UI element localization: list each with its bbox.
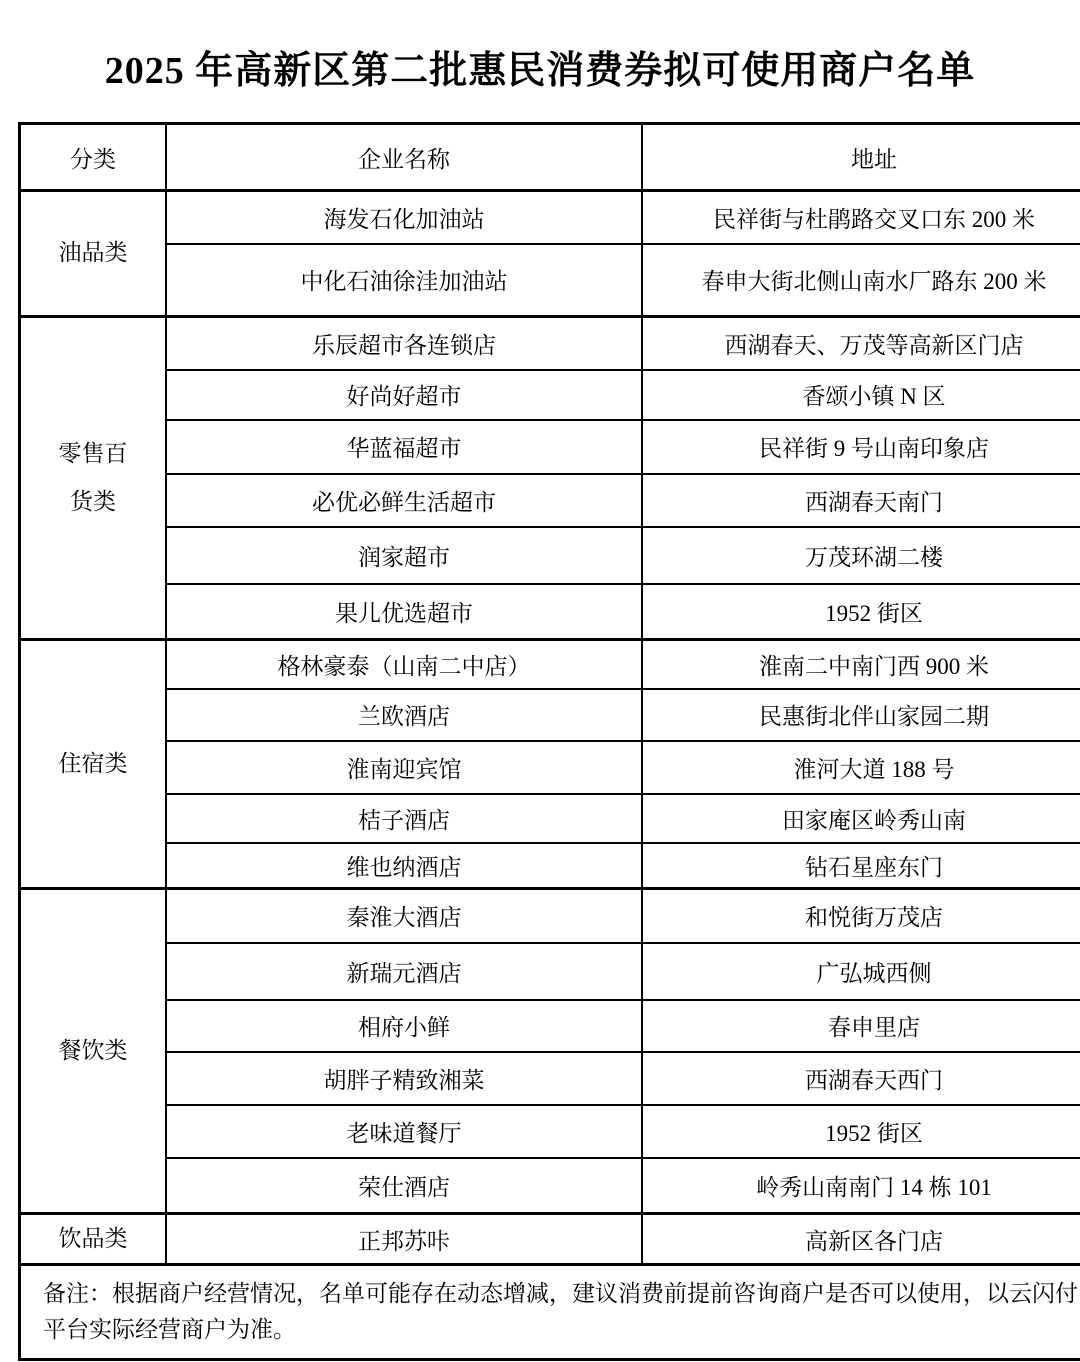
address-cell: 西湖春天西门	[642, 1052, 1080, 1105]
note-text: 备注：根据商户经营情况，名单可能存在动态增减，建议消费前提前咨询商户是否可以使用…	[20, 1265, 1080, 1359]
merchant-name-cell: 相府小鲜	[166, 1000, 642, 1052]
table-row: 必优必鲜生活超市 西湖春天南门	[20, 474, 1080, 527]
category-label: 油品类	[59, 229, 128, 277]
header-category: 分类	[20, 124, 167, 191]
category-label: 饮品类	[59, 1215, 128, 1263]
table-row: 零售百货类 乐辰超市各连锁店 西湖春天、万茂等高新区门店	[20, 317, 1080, 370]
merchant-name-cell: 润家超市	[166, 527, 642, 584]
merchant-name-cell: 胡胖子精致湘菜	[166, 1052, 642, 1105]
table-row: 兰欧酒店 民惠街北伴山家园二期	[20, 689, 1080, 741]
address-cell: 高新区各门店	[642, 1214, 1080, 1265]
merchant-name-cell: 淮南迎宾馆	[166, 741, 642, 794]
table-row: 中化石油徐洼加油站 春申大街北侧山南水厂路东 200 米	[20, 244, 1080, 317]
table-row: 老味道餐厅 1952 街区	[20, 1105, 1080, 1158]
table-row: 住宿类 格林豪泰（山南二中店） 淮南二中南门西 900 米	[20, 640, 1080, 689]
address-cell: 1952 街区	[642, 1105, 1080, 1158]
table-row: 维也纳酒店 钻石星座东门	[20, 843, 1080, 889]
table-row: 润家超市 万茂环湖二楼	[20, 527, 1080, 584]
table-row: 好尚好超市 香颂小镇 N 区	[20, 370, 1080, 420]
address-cell: 1952 街区	[642, 584, 1080, 640]
merchant-name-cell: 兰欧酒店	[166, 689, 642, 741]
merchant-name-cell: 正邦苏咔	[166, 1214, 642, 1265]
page-title: 2025 年高新区第二批惠民消费券拟可使用商户名单	[0, 39, 1080, 94]
address-cell: 民惠街北伴山家园二期	[642, 689, 1080, 741]
address-cell: 淮南二中南门西 900 米	[642, 640, 1080, 689]
merchant-name-cell: 桔子酒店	[166, 794, 642, 843]
table-row: 果儿优选超市 1952 街区	[20, 584, 1080, 640]
address-cell: 春申里店	[642, 1000, 1080, 1052]
address-cell: 广弘城西侧	[642, 943, 1080, 1000]
category-cell: 住宿类	[20, 640, 167, 889]
address-cell: 万茂环湖二楼	[642, 527, 1080, 584]
category-cell: 零售百货类	[20, 317, 167, 640]
table-row: 胡胖子精致湘菜 西湖春天西门	[20, 1052, 1080, 1105]
merchant-name-cell: 中化石油徐洼加油站	[166, 244, 642, 317]
category-label: 餐饮类	[59, 1027, 128, 1075]
header-address: 地址	[642, 124, 1080, 191]
address-cell: 民祥街 9 号山南印象店	[642, 420, 1080, 474]
address-cell: 香颂小镇 N 区	[642, 370, 1080, 420]
table-row: 油品类 海发石化加油站 民祥街与杜鹃路交叉口东 200 米	[20, 191, 1080, 244]
category-cell: 餐饮类	[20, 889, 167, 1214]
merchant-name-cell: 乐辰超市各连锁店	[166, 317, 642, 370]
merchant-name-cell: 海发石化加油站	[166, 191, 642, 244]
table-row: 荣仕酒店 岭秀山南南门 14 栋 101	[20, 1158, 1080, 1214]
category-cell: 油品类	[20, 191, 167, 317]
table-row: 新瑞元酒店 广弘城西侧	[20, 943, 1080, 1000]
note-row: 备注：根据商户经营情况，名单可能存在动态增减，建议消费前提前咨询商户是否可以使用…	[20, 1265, 1080, 1359]
table-row: 华蓝福超市 民祥街 9 号山南印象店	[20, 420, 1080, 474]
merchant-name-cell: 果儿优选超市	[166, 584, 642, 640]
address-cell: 淮河大道 188 号	[642, 741, 1080, 794]
address-cell: 钻石星座东门	[642, 843, 1080, 889]
merchant-name-cell: 好尚好超市	[166, 370, 642, 420]
merchant-table: 分类 企业名称 地址 油品类 海发石化加油站 民祥街与杜鹃路交叉口东 200 米…	[18, 122, 1080, 1361]
address-cell: 田家庵区岭秀山南	[642, 794, 1080, 843]
table-row: 饮品类 正邦苏咔 高新区各门店	[20, 1214, 1080, 1265]
address-cell: 西湖春天、万茂等高新区门店	[642, 317, 1080, 370]
address-cell: 岭秀山南南门 14 栋 101	[642, 1158, 1080, 1214]
table-row: 淮南迎宾馆 淮河大道 188 号	[20, 741, 1080, 794]
category-cell: 饮品类	[20, 1214, 167, 1265]
category-label: 零售百货类	[57, 430, 129, 527]
merchant-name-cell: 格林豪泰（山南二中店）	[166, 640, 642, 689]
address-cell: 春申大街北侧山南水厂路东 200 米	[642, 244, 1080, 317]
merchant-name-cell: 秦淮大酒店	[166, 889, 642, 943]
table-row: 相府小鲜 春申里店	[20, 1000, 1080, 1052]
address-cell: 西湖春天南门	[642, 474, 1080, 527]
table-row: 桔子酒店 田家庵区岭秀山南	[20, 794, 1080, 843]
table-row: 餐饮类 秦淮大酒店 和悦街万茂店	[20, 889, 1080, 943]
merchant-name-cell: 新瑞元酒店	[166, 943, 642, 1000]
merchant-name-cell: 荣仕酒店	[166, 1158, 642, 1214]
document-page: { "title": "2025 年高新区第二批惠民消费券拟可使用商户名单", …	[0, 0, 1080, 1362]
table-header-row: 分类 企业名称 地址	[20, 124, 1080, 191]
merchant-name-cell: 老味道餐厅	[166, 1105, 642, 1158]
category-label: 住宿类	[59, 740, 128, 788]
merchant-name-cell: 必优必鲜生活超市	[166, 474, 642, 527]
address-cell: 和悦街万茂店	[642, 889, 1080, 943]
header-merchant-name: 企业名称	[166, 124, 642, 191]
address-cell: 民祥街与杜鹃路交叉口东 200 米	[642, 191, 1080, 244]
merchant-name-cell: 华蓝福超市	[166, 420, 642, 474]
merchant-name-cell: 维也纳酒店	[166, 843, 642, 889]
